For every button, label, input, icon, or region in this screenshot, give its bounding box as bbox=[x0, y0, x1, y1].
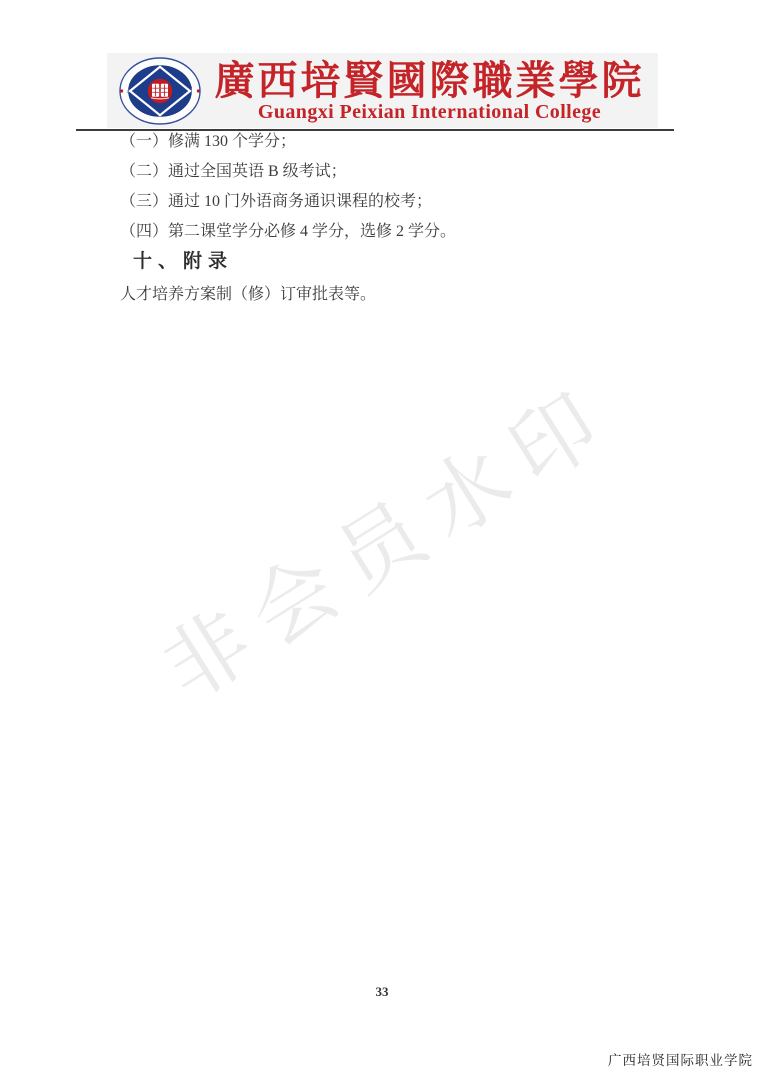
letterhead: 广西培贤国际职业学院 GUANGXI PEIXIAN INTERNATIONAL… bbox=[107, 53, 658, 128]
page-number: 33 bbox=[0, 984, 764, 1000]
college-name-english: Guangxi Peixian International College bbox=[201, 102, 658, 123]
requirement-item-3: （三）通过 10 门外语商务通识课程的校考； bbox=[120, 187, 600, 217]
seal-center-icon bbox=[148, 78, 172, 102]
seal-right-star-icon bbox=[197, 89, 200, 92]
letterhead-titles: 廣西培賢國際職業學院 Guangxi Peixian International… bbox=[201, 60, 658, 123]
document-body: （一）修满 130 个学分； （二）通过全国英语 B 级考试； （三）通过 10… bbox=[120, 127, 600, 310]
requirement-item-4: （四）第二课堂学分必修 4 学分，选修 2 学分。 bbox=[120, 217, 600, 247]
requirement-item-2: （二）通过全国英语 B 级考试； bbox=[120, 157, 600, 187]
seal-left-star-icon bbox=[120, 89, 123, 92]
watermark-text: 非会员水印 bbox=[137, 351, 634, 724]
footer-college-name: 广西培贤国际职业学院 bbox=[608, 1049, 753, 1069]
college-name-chinese: 廣西培賢國際職業學院 bbox=[201, 60, 658, 102]
requirement-item-1: （一）修满 130 个学分； bbox=[120, 127, 600, 157]
college-seal-icon: 广西培贤国际职业学院 GUANGXI PEIXIAN INTERNATIONAL… bbox=[119, 57, 201, 125]
appendix-paragraph: 人才培养方案制（修）订审批表等。 bbox=[120, 280, 600, 310]
document-page: 广西培贤国际职业学院 GUANGXI PEIXIAN INTERNATIONAL… bbox=[0, 0, 764, 1080]
section-heading: 十、附录 bbox=[120, 247, 600, 277]
